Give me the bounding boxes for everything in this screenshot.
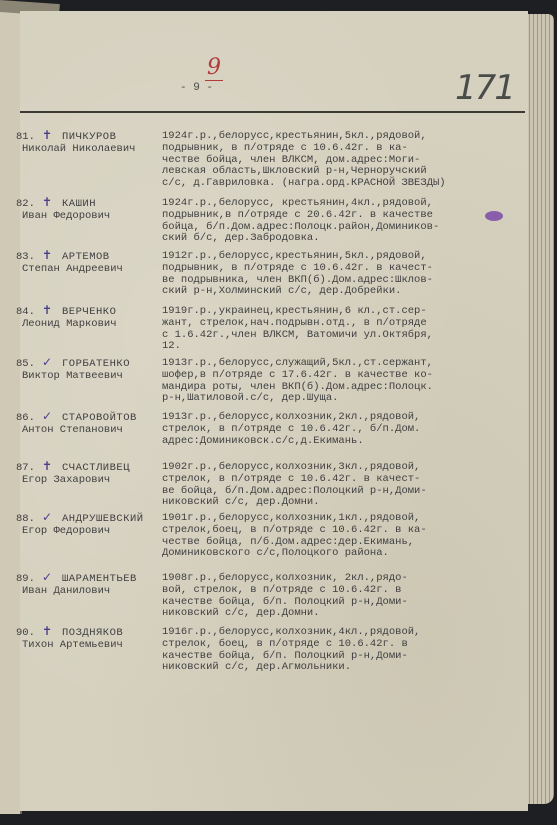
entry-details: 1916г.р.,белорусс,колхозник,4кл.,рядовой… bbox=[162, 627, 502, 674]
entry-surname: ГОРБАТЕНКО bbox=[62, 358, 130, 370]
entry-surname: СЧАСТЛИВЕЦ bbox=[62, 462, 130, 474]
entry-number: 83. bbox=[16, 251, 35, 263]
entry-surname: ПИЧКУРОВ bbox=[62, 131, 116, 143]
cross-mark-icon: ✝ bbox=[42, 303, 52, 317]
entry-details: 1913г.р.,белорусс,колхозник,2кл.,рядовой… bbox=[162, 412, 502, 447]
entry-given-names: Иван Федорович bbox=[22, 210, 110, 222]
entry-given-names: Степан Андреевич bbox=[22, 263, 123, 275]
entry-given-names: Тихон Артемьевич bbox=[22, 639, 123, 651]
check-mark-icon: ✓ bbox=[42, 355, 52, 369]
check-mark-icon: ✓ bbox=[42, 409, 52, 423]
entry-number: 89. bbox=[16, 573, 35, 585]
entry-number: 85. bbox=[16, 358, 35, 370]
entry-details: 1924г.р.,белорусс, крестьянин,4кл.,рядов… bbox=[162, 198, 502, 245]
typed-page-number: - 9 - bbox=[180, 82, 213, 94]
entry-number: 88. bbox=[16, 513, 35, 525]
folio-number: 171 bbox=[455, 68, 514, 108]
check-mark-icon: ✓ bbox=[42, 510, 52, 524]
entry-details: 1902г.р.,белорусс,колхозник,3кл.,рядовой… bbox=[162, 462, 502, 509]
entry-given-names: Егор Захарович bbox=[22, 474, 110, 486]
entry-given-names: Антон Степанович bbox=[22, 424, 123, 436]
page-stack-edges bbox=[526, 14, 554, 804]
entry-number: 82. bbox=[16, 198, 35, 210]
entry-surname: ШАРАМЕНТЬЕВ bbox=[62, 573, 137, 585]
handwritten-page-number: 9 bbox=[205, 56, 223, 81]
entry-number: 86. bbox=[16, 412, 35, 424]
entry-number: 81. bbox=[16, 131, 35, 143]
header-rule bbox=[20, 111, 525, 113]
entry-surname: ПОЗДНЯКОВ bbox=[62, 627, 123, 639]
cross-mark-icon: ✝ bbox=[42, 195, 52, 209]
entry-given-names: Николай Николаевич bbox=[22, 143, 135, 155]
entry-details: 1912г.р.,белорусс,крестьянин,5кл.,рядово… bbox=[162, 251, 502, 298]
entry-surname: СТАРОВОЙТОВ bbox=[62, 412, 137, 424]
entry-details: 1919г.р.,украинец,крестьянин,6 кл.,ст.се… bbox=[162, 306, 502, 353]
entry-number: 84. bbox=[16, 306, 35, 318]
entry-given-names: Иван Данилович bbox=[22, 585, 110, 597]
entry-given-names: Виктор Матвеевич bbox=[22, 370, 123, 382]
entry-given-names: Егор Федорович bbox=[22, 525, 110, 537]
entry-details: 1913г.р.,белорусс,служащий,5кл.,ст.сержа… bbox=[162, 358, 502, 405]
entry-surname: КАШИН bbox=[62, 198, 96, 210]
entry-surname: АНДРУШЕВСКИЙ bbox=[62, 513, 144, 525]
cross-mark-icon: ✝ bbox=[42, 248, 52, 262]
cross-mark-icon: ✝ bbox=[42, 624, 52, 638]
entry-given-names: Леонид Маркович bbox=[22, 318, 117, 330]
cross-mark-icon: ✝ bbox=[42, 459, 52, 473]
entry-details: 1908г.р.,белорусс,колхозник, 2кл.,рядо- … bbox=[162, 573, 502, 620]
entry-surname: АРТЕМОВ bbox=[62, 251, 110, 263]
entry-number: 90. bbox=[16, 627, 35, 639]
entry-details: 1924г.р.,белорусс,крестьянин,5кл.,рядово… bbox=[162, 131, 502, 190]
entry-details: 1901г.р.,белорусс,колхозник,1кл.,рядовой… bbox=[162, 513, 502, 560]
entry-surname: ВЕРЧЕНКО bbox=[62, 306, 116, 318]
cross-mark-icon: ✝ bbox=[42, 128, 52, 142]
entry-number: 87. bbox=[16, 462, 35, 474]
check-mark-icon: ✓ bbox=[42, 570, 52, 584]
